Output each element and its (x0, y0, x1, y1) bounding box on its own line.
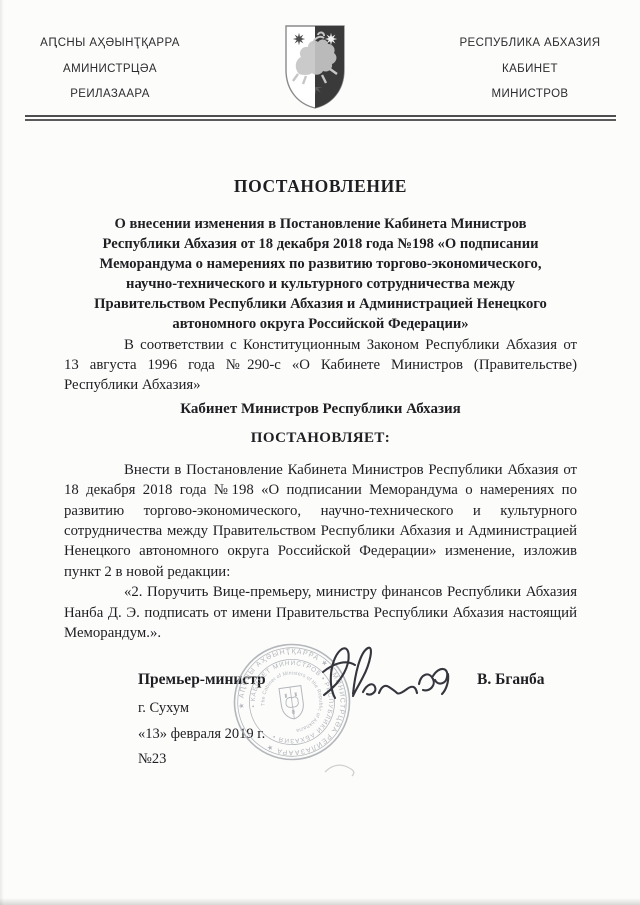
signatory-name: В. Бганба (477, 671, 545, 689)
signature-city: г. Сухум (138, 700, 189, 717)
resolves-line: ПОСТАНОВЛЯЕТ: (64, 428, 577, 449)
issuer-line: Кабинет Министров Республики Абхазия (64, 399, 577, 420)
letterhead-left-org: АԤСНЫ АҲӘЫНҬҚАРРА АМИНИСТРЦӘА РЕИЛАЗААРА (5, 31, 215, 108)
handwritten-signature (315, 636, 465, 786)
preamble-paragraph: В соответствии с Конституционным Законом… (64, 335, 577, 396)
coat-of-arms-icon (283, 24, 347, 110)
document-body: ПОСТАНОВЛЕНИЕ О внесении изменения в Пос… (64, 158, 577, 643)
stray-pen-mark (325, 765, 354, 776)
stamp-emblem (279, 686, 305, 721)
letterhead-right-org: РЕСПУБЛИКА АБХАЗИЯ КАБИНЕТ МИНИСТРОВ (425, 31, 635, 108)
document-page: АԤСНЫ АҲӘЫНҬҚАРРА АМИНИСТРЦӘА РЕИЛАЗААРА… (0, 0, 640, 905)
operative-paragraph: Внести в Постановление Кабинета Министро… (64, 460, 577, 582)
header-divider (25, 115, 616, 121)
document-subject: О внесении изменения в Постановление Каб… (64, 214, 577, 334)
document-number: №23 (138, 751, 166, 768)
document-title: ПОСТАНОВЛЕНИЕ (64, 176, 577, 196)
